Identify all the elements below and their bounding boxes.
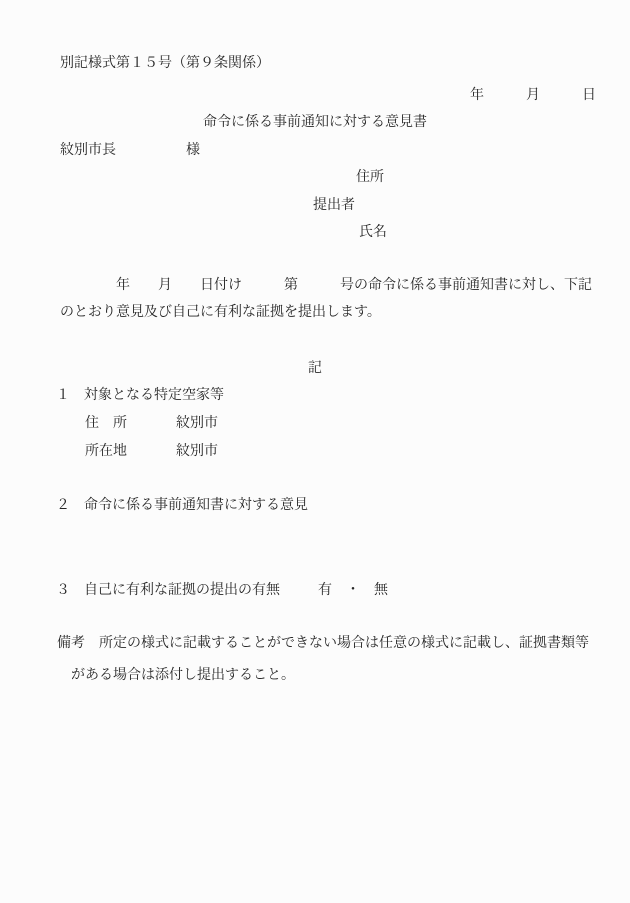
addressee-line: 紋別市長 様 xyxy=(60,141,200,161)
item-3-heading: ３ 自己に有利な証拠の提出の有無 xyxy=(56,581,280,601)
opening-line-2: のとおり意見及び自己に有利な証拠を提出します。 xyxy=(60,303,381,323)
item-1-location-value: 紋別市 xyxy=(176,442,218,462)
date-blank-line: 年 月 日 xyxy=(470,86,596,106)
remarks-line-1: 備考 所定の様式に記載することができない場合は任意の様式に記載し、証拠書類等 xyxy=(57,634,589,654)
document-page: 別記様式第１５号（第９条関係） 年 月 日 命令に係る事前通知に対する意見書 紋… xyxy=(0,0,630,903)
submitter-name-label: 氏名 xyxy=(359,223,387,243)
remarks-line-2: がある場合は添付し提出すること。 xyxy=(71,666,295,686)
item-1-address-label: 住 所 xyxy=(85,414,127,434)
item-1-heading: １ 対象となる特定空家等 xyxy=(56,386,224,406)
form-number: 別記様式第１５号（第９条関係） xyxy=(60,54,270,74)
item-3-options: 有 ・ 無 xyxy=(318,581,388,601)
submitter-address-label: 住所 xyxy=(356,168,384,188)
submitter-role-label: 提出者 xyxy=(313,196,355,216)
document-title: 命令に係る事前通知に対する意見書 xyxy=(0,113,630,133)
record-mark: 記 xyxy=(0,359,630,379)
item-1-address-value: 紋別市 xyxy=(176,414,218,434)
item-2-heading: ２ 命令に係る事前通知書に対する意見 xyxy=(56,496,308,516)
item-1-location-label: 所在地 xyxy=(85,442,127,462)
opening-line-1: 年 月 日付け 第 号の命令に係る事前通知書に対し、下記 xyxy=(60,276,592,296)
